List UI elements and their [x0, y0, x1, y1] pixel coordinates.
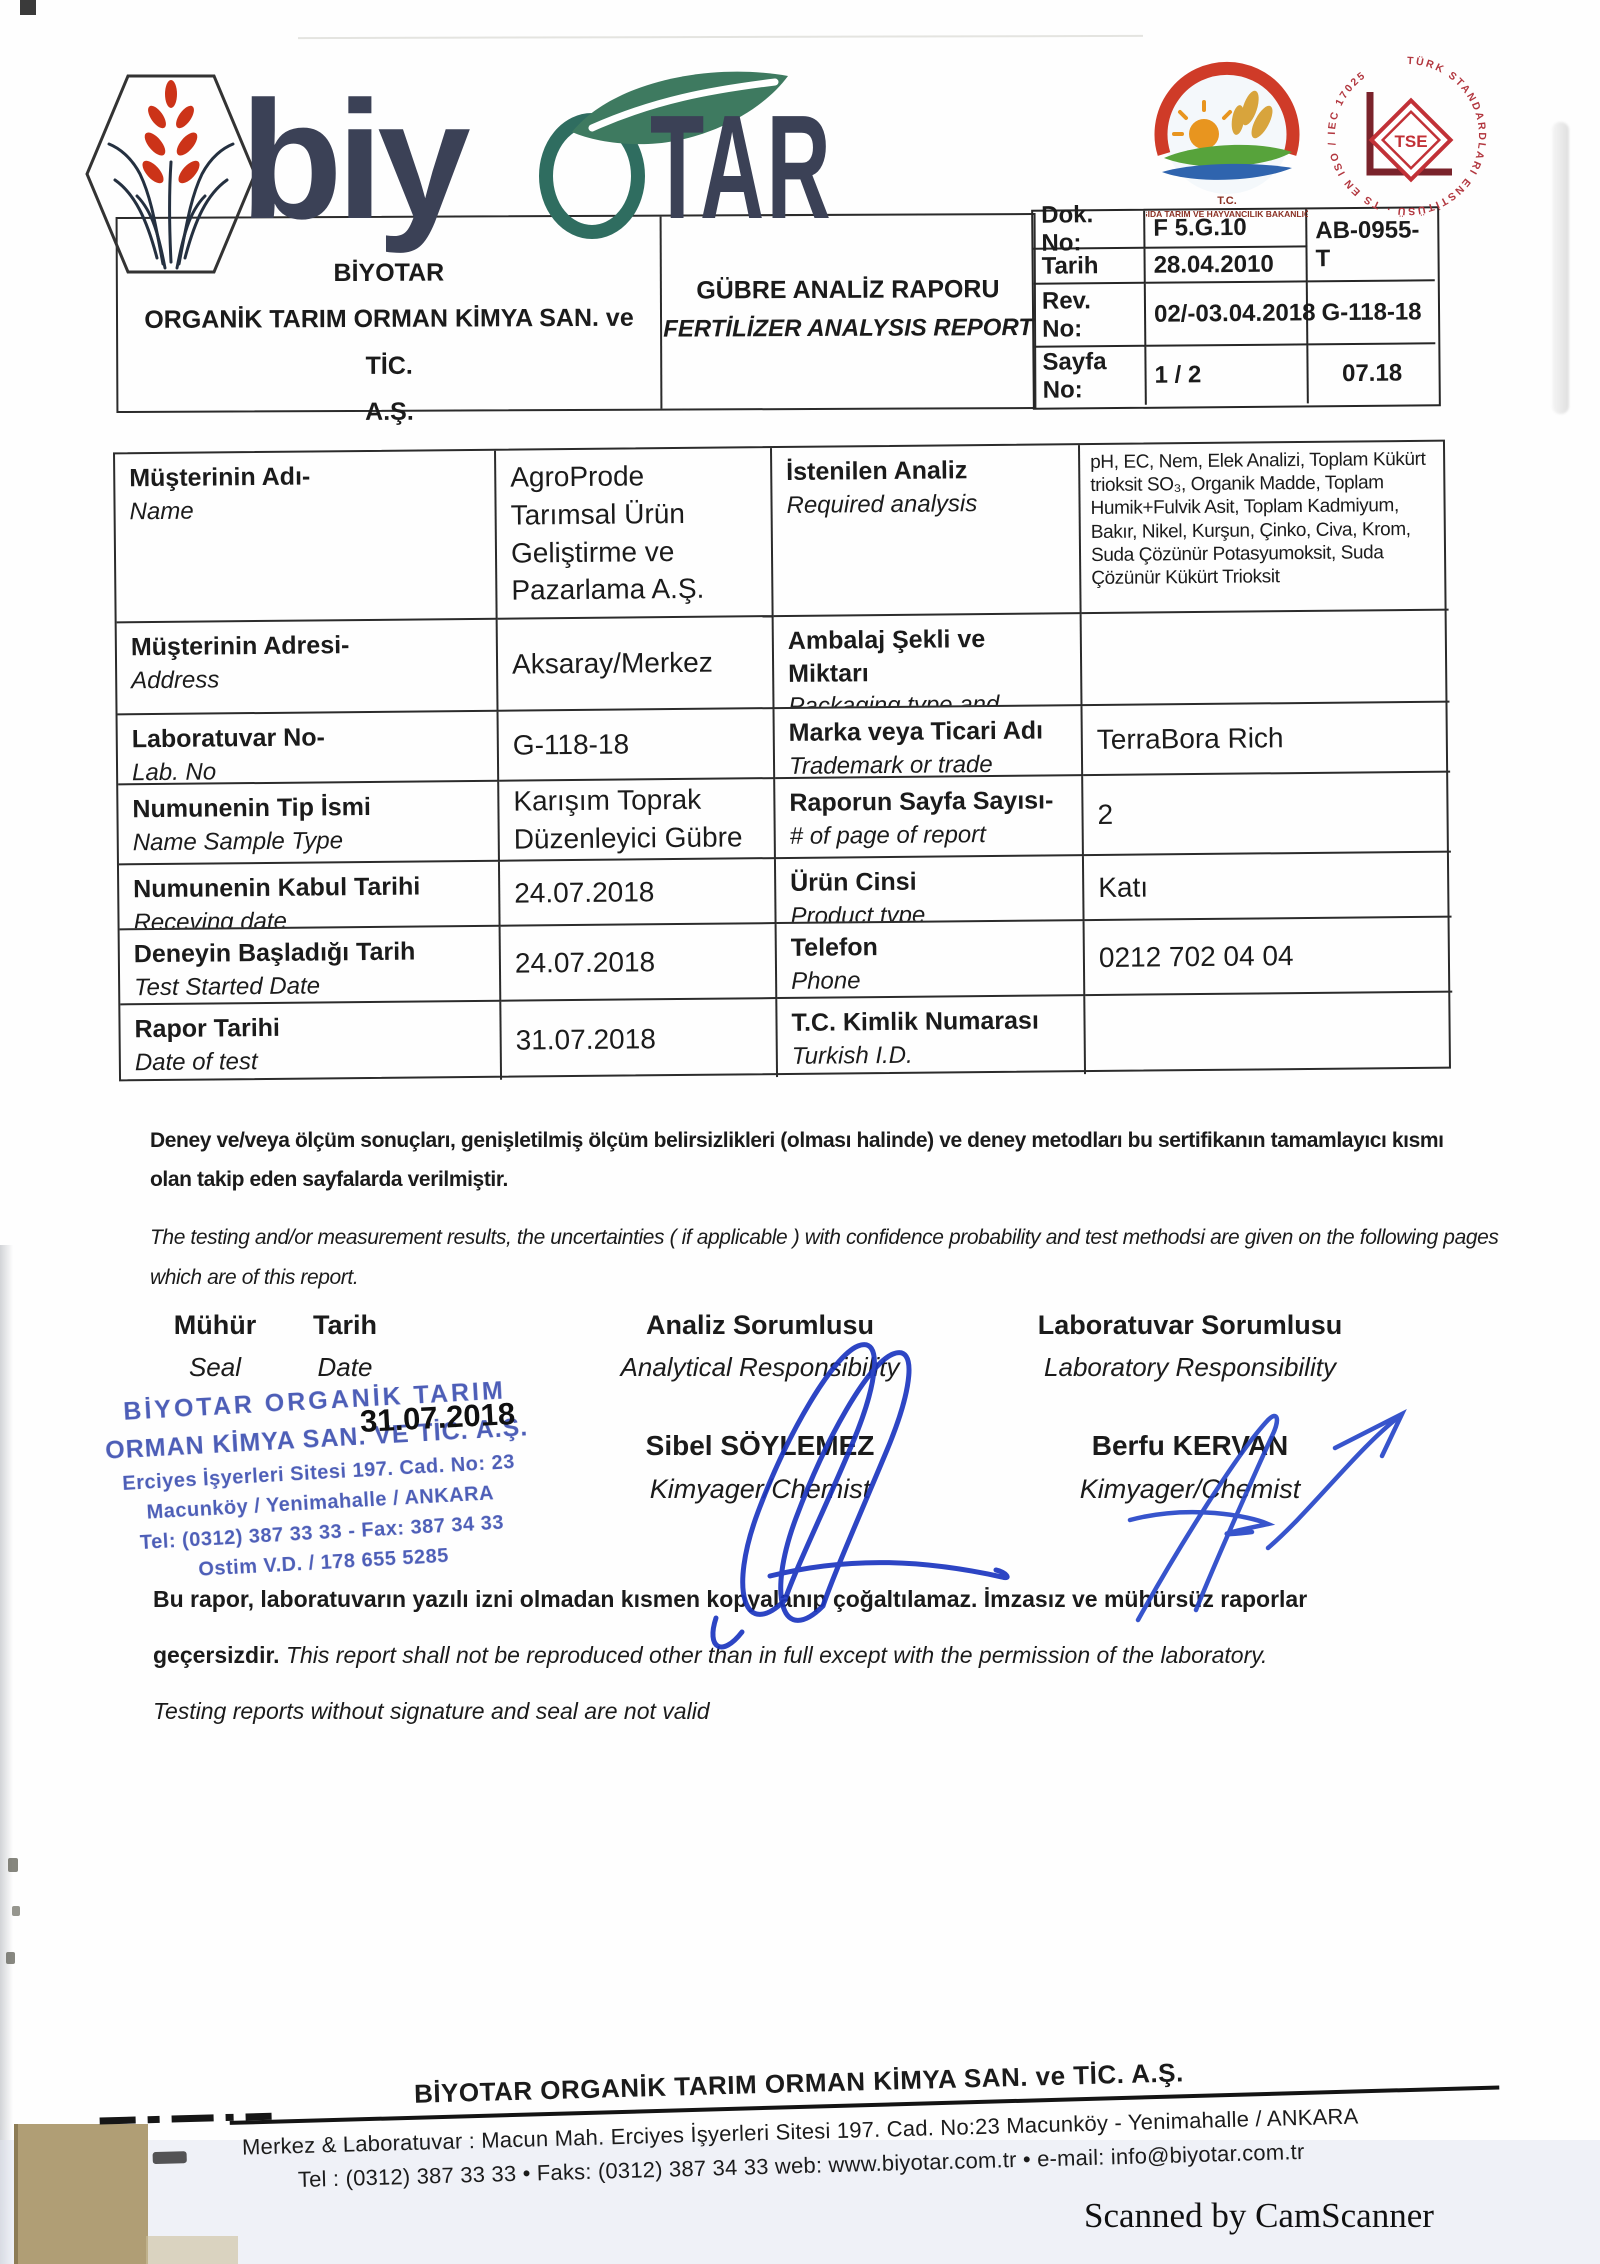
- doc-label: Rev. No:: [1034, 284, 1147, 348]
- wordmark-biy: biy: [240, 68, 470, 254]
- scan-artifact-corner-strip: [146, 2236, 238, 2264]
- table-cell-value: 31.07.2018: [501, 999, 778, 1080]
- table-cell-label: Laboratuvar No- Lab. No: [118, 712, 500, 786]
- statement-turkish: Deney ve/veya ölçüm sonuçları, genişleti…: [150, 1122, 1445, 1200]
- table-cell-value: Katı: [1084, 853, 1452, 922]
- analyst-signature: [713, 1345, 1007, 1647]
- table-cell-value: AgroProde Tarımsal Ürün Geliştirme ve Pa…: [496, 448, 774, 620]
- table-cell-label: Ürün Cinsi Product type: [776, 856, 1085, 924]
- table-cell-label: Ambalaj Şekli ve Miktarı Packaging type …: [774, 614, 1083, 709]
- scan-artifact-dot: [8, 1858, 18, 1872]
- table-cell-label: Telefon Phone: [777, 921, 1086, 999]
- scanned-report-page: biy TAR T.C. GIDA TARIM VE HAYVANCILIK B…: [0, 0, 1600, 2264]
- table-cell-label: Numunenin Tip İsmi Name Sample Type: [118, 782, 500, 866]
- table-cell-label: Marka veya Ticari Adı Trademark or trade…: [775, 706, 1084, 779]
- scan-artifact-line: [298, 35, 1143, 39]
- table-cell-value: 24.07.2018: [500, 859, 777, 927]
- ministry-seal-logo: T.C. GIDA TARIM VE HAYVANCILIK BAKANLIĞI: [1146, 56, 1308, 228]
- biyotar-wordmark: biy TAR: [240, 68, 840, 258]
- wordmark-tar: TAR: [650, 85, 833, 250]
- scan-artifact-right-shadow: [1552, 122, 1569, 414]
- doc-label: Dok. No:: [1033, 211, 1145, 250]
- doc-value: 02/-03.04.2018: [1146, 282, 1309, 346]
- signatures-layer: [0, 1280, 1600, 1680]
- company-line: A.Ş.: [118, 387, 660, 436]
- report-title-tr: GÜBRE ANALİZ RAPORU: [662, 275, 1034, 306]
- table-cell-value: TerraBora Rich: [1082, 703, 1450, 777]
- table-cell-label: İstenilen Analiz Required analysis: [772, 445, 1082, 617]
- table-cell-value: pH, EC, Nem, Elek Analizi, Toplam Kükürt…: [1080, 442, 1449, 615]
- ministry-caption-tc: T.C.: [1217, 195, 1237, 207]
- biyotar-hexagon-wheat-icon: [85, 62, 257, 286]
- doc-value: 1 / 2: [1146, 345, 1308, 404]
- doc-label: Tarih: [1033, 249, 1145, 285]
- table-cell-value: 24.07.2018: [501, 924, 778, 1002]
- doc-side-value: 07.18: [1308, 344, 1436, 403]
- table-cell-label: Rapor Tarihi Date of test: [120, 1002, 502, 1084]
- scan-artifact-dot: [6, 1952, 15, 1964]
- table-cell-value: [1085, 993, 1453, 1075]
- ministry-caption-name: GIDA TARIM VE HAYVANCILIK BAKANLIĞI: [1146, 208, 1308, 219]
- table-cell-value: Aksaray/Merkez: [498, 617, 775, 712]
- disclaimer-line3: Testing reports without signature and se…: [153, 1698, 710, 1725]
- camscanner-watermark: Scanned by CamScanner: [1084, 2196, 1434, 2236]
- doc-side-value: G-118-18: [1308, 281, 1436, 345]
- tse-certification-logo: TÜRK STANDARDLARI ENSTİTÜSÜ · TS EN ISO …: [1316, 48, 1498, 226]
- doc-value: 28.04.2010: [1145, 247, 1307, 283]
- table-cell-value: 2: [1083, 773, 1451, 857]
- tse-center-text: TSE: [1394, 132, 1427, 151]
- table-cell-label: Müşterinin Adresi- Address: [117, 620, 499, 716]
- table-cell-label: T.C. Kimlik Numarası Turkish I.D.: [777, 996, 1086, 1077]
- table-cell-value: 0212 702 04 04: [1085, 918, 1453, 997]
- table-cell-value: Karışım Toprak Düzenleyici Gübre: [499, 779, 776, 862]
- scan-artifact-topleft: [20, 0, 36, 15]
- table-cell-label: Numunenin Kabul Tarihi Receving date: [119, 862, 501, 931]
- table-cell-label: Deneyin Başladığı Tarih Test Started Dat…: [120, 927, 502, 1006]
- footer-ink-blob: [153, 2151, 187, 2164]
- table-cell-label: Müşterinin Adı- Name: [115, 451, 498, 624]
- report-title-en: FERTİLİZER ANALYSIS REPORT: [662, 314, 1034, 344]
- company-line: ORGANİK TARIM ORMAN KİMYA SAN. ve TİC.: [118, 295, 660, 390]
- table-cell-value: [1082, 611, 1450, 707]
- table-cell-value: G-118-18: [499, 709, 776, 782]
- doc-control-table: Dok. No: F 5.G.10 AB-0955-T Tarih 28.04.…: [1031, 206, 1441, 410]
- doc-label: Sayfa No:: [1034, 347, 1147, 406]
- scan-artifact-dot: [12, 1906, 20, 1916]
- sample-info-table: Müşterinin Adı- Name AgroProde Tarımsal …: [113, 440, 1451, 1082]
- table-cell-label: Raporun Sayfa Sayısı- # of page of repor…: [775, 776, 1084, 859]
- lab-signature: [1130, 1414, 1402, 1620]
